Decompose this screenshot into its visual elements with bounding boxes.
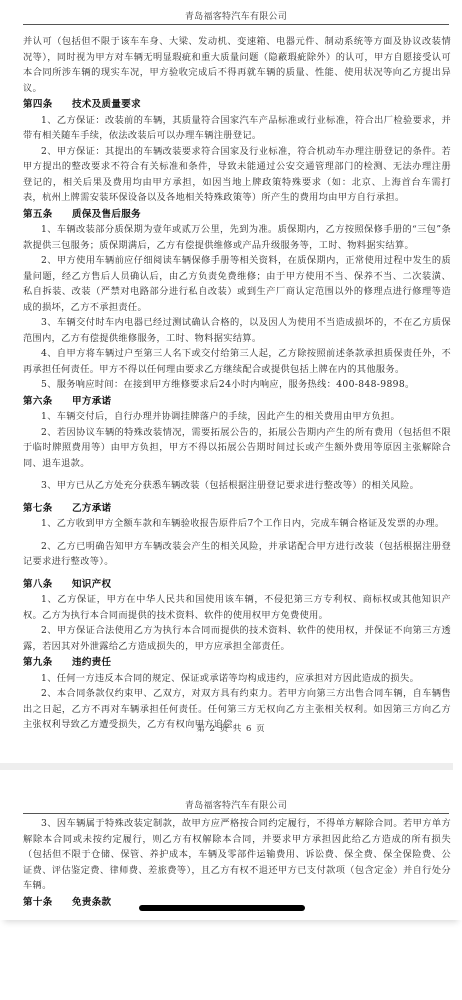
section-title: 技术及质量要求 xyxy=(72,99,141,110)
page-body: 3、因车辆属于特殊改装定制款，故甲方应严格按合同约定履行，不得单方解除合同。若甲… xyxy=(23,816,451,910)
paragraph: 3、因车辆属于特殊改装定制款，故甲方应严格按合同约定履行，不得单方解除合同。若甲… xyxy=(23,816,451,894)
page-body: 并认可（包括但不限于该车车身、大梁、发动机、变速箱、电器元件、制动系统等方面及协… xyxy=(23,34,451,733)
page-number-footer: 第 2 页 共 6 页 xyxy=(0,722,462,734)
document-page-3: 青岛福客特汽车有限公司 3、因车辆属于特殊改装定制款，故甲方应严格按合同约定履行… xyxy=(0,770,462,920)
paragraph: 3、甲方已从乙方处充分获悉车辆改装（包括根据注册登记要求进行整改等）的相关风险。 xyxy=(23,478,451,494)
paragraph: 4、自甲方将车辆过户至第三人名下或交付给第三人起，乙方除按照前述条款承担质保责任… xyxy=(23,346,451,377)
section-title: 甲方承诺 xyxy=(72,396,111,407)
home-indicator-bar[interactable] xyxy=(139,905,305,911)
section-number: 第八条 xyxy=(23,577,72,593)
paragraph: 1、乙方收到甲方全额车款和车辆验收报告原件后7个工作日内，完成车辆合格证及发票的… xyxy=(23,516,451,532)
section-title: 质保及售后服务 xyxy=(72,209,141,220)
section-number: 第七条 xyxy=(23,501,72,517)
section-title: 免责条款 xyxy=(72,897,111,908)
section-title: 乙方承诺 xyxy=(72,503,111,514)
paragraph: 1、任何一方违反本合同的规定、保证或承诺等均构成违约，应承担对方因此造成的损失。 xyxy=(23,671,451,687)
section-number: 第六条 xyxy=(23,394,72,410)
paragraph: 2、乙方已明确告知甲方车辆改装会产生的相关风险，并承诺配合甲方进行改装（包括根据… xyxy=(23,539,451,570)
section-heading-6: 第六条甲方承诺 xyxy=(23,394,451,410)
paragraph: 2、甲方保证合法使用乙方为执行本合同而提供的技术资料、软件的使用权，并保证不向第… xyxy=(23,623,451,654)
paragraph: 2、若因协议车辆的特殊改装情况，需要拓展公告的，拓展公告期内产生的所有费用（包括… xyxy=(23,425,451,472)
paragraph: 2、甲方保证：其提出的车辆改装要求符合国家及行业标准，符合机动车办理注册登记的条… xyxy=(23,144,451,206)
section-heading-8: 第八条知识产权 xyxy=(23,577,451,593)
paragraph: 1、车辆交付后，自行办理并协调挂牌落户的手续，因此产生的相关费用由甲方负担。 xyxy=(23,409,451,425)
section-heading-7: 第七条乙方承诺 xyxy=(23,501,451,517)
section-heading-4: 第四条技术及质量要求 xyxy=(23,97,451,113)
paragraph: 2、甲方使用车辆前应仔细阅读车辆保修手册等相关资料，在质保期内，正常使用过程中发… xyxy=(23,253,451,315)
continuation-paragraph: 并认可（包括但不限于该车车身、大梁、发动机、变速箱、电器元件、制动系统等方面及协… xyxy=(23,34,451,96)
section-heading-9: 第九条违约责任 xyxy=(23,655,451,671)
company-header: 青岛福客特汽车有限公司 xyxy=(23,798,449,814)
paragraph: 1、乙方保证，甲方在中华人民共和国使用该车辆，不侵犯第三方专利权、商标权或其他知… xyxy=(23,592,451,623)
section-number: 第十条 xyxy=(23,895,72,911)
paragraph: 1、车辆改装部分质保期为壹年或贰万公里，先到为准。质保期内，乙方按照保修手册的“… xyxy=(23,222,451,253)
section-number: 第九条 xyxy=(23,655,72,671)
document-page-2: 青岛福客特汽车有限公司 并认可（包括但不限于该车车身、大梁、发动机、变速箱、电器… xyxy=(0,0,462,755)
section-number: 第四条 xyxy=(23,97,72,113)
section-title: 违约责任 xyxy=(72,657,111,668)
paragraph: 3、车辆交付时车内电器已经过测试确认合格的，以及因人为使用不当造成损坏的，不在乙… xyxy=(23,315,451,346)
paragraph: 5、服务响应时间：在接到甲方维修要求后24小时内响应，服务热线：400-848-… xyxy=(23,377,451,393)
section-title: 知识产权 xyxy=(72,579,111,590)
section-heading-5: 第五条质保及售后服务 xyxy=(23,207,451,223)
section-number: 第五条 xyxy=(23,207,72,223)
paragraph: 1、乙方保证：改装前的车辆，其质量符合国家汽车产品标准或行业标准，符合出厂检验要… xyxy=(23,113,451,144)
company-header: 青岛福客特汽车有限公司 xyxy=(23,9,449,25)
